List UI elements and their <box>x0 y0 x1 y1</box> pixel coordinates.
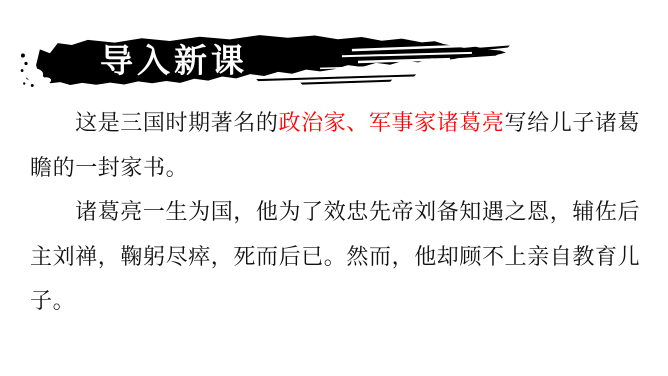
text-segment: 这是三国时期著名的 <box>75 110 278 135</box>
banner-title: 导入新课 <box>100 41 248 82</box>
ink-brush-stroke-graphic <box>20 28 513 91</box>
paragraph-1: 这是三国时期著名的政治家、军事家诸葛亮写给儿子诸葛瞻的一封家书。 <box>30 101 646 190</box>
body-text: 这是三国时期著名的政治家、军事家诸葛亮写给儿子诸葛瞻的一封家书。 诸葛亮一生为国… <box>30 101 646 324</box>
slide: 导入新课 这是三国时期著名的政治家、军事家诸葛亮写给儿子诸葛瞻的一封家书。 诸葛… <box>0 0 668 376</box>
lesson-intro-banner: 导入新课 <box>20 28 513 91</box>
highlighted-text-segment: 政治家、军事家诸葛亮 <box>279 110 505 135</box>
text-segment: 诸葛亮一生为国，他为了效忠先帝刘备知遇之恩，辅佐后主刘禅，鞠躬尽瘁，死而后已。然… <box>30 199 640 313</box>
paragraph-2: 诸葛亮一生为国，他为了效忠先帝刘备知遇之恩，辅佐后主刘禅，鞠躬尽瘁，死而后已。然… <box>30 190 646 324</box>
